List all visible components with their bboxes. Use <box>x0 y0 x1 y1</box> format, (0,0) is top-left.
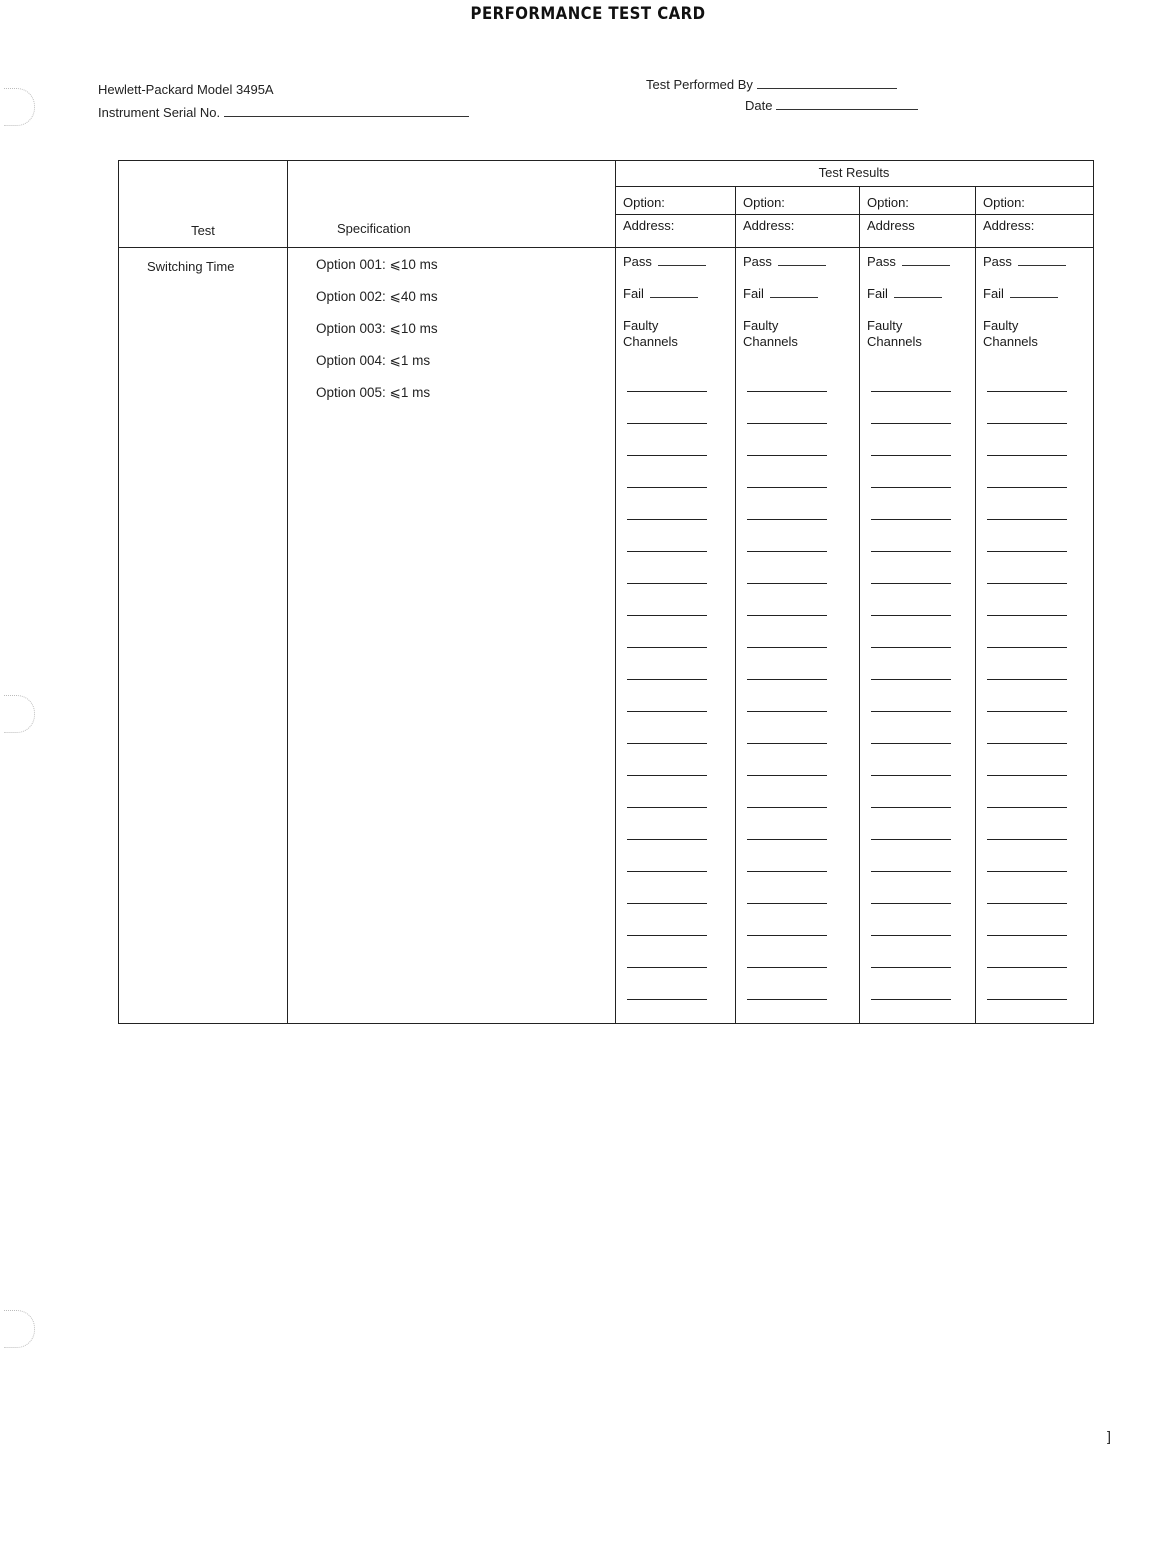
performed-by-input[interactable] <box>757 88 897 89</box>
spec-item: Option 002: ⩽40 ms <box>316 289 438 305</box>
faulty-channels-label-label: Faulty Channels <box>623 318 678 349</box>
pass-input[interactable] <box>778 265 826 266</box>
faulty-channel-input[interactable] <box>871 999 951 1000</box>
test-name: Switching Time <box>147 259 234 274</box>
faulty-channel-input[interactable] <box>871 519 951 520</box>
spec-item: Option 004: ⩽1 ms <box>316 353 430 369</box>
faulty-channel-input[interactable] <box>627 551 707 552</box>
faulty-channel-input[interactable] <box>871 583 951 584</box>
faulty-channel-input[interactable] <box>627 999 707 1000</box>
faulty-channel-input[interactable] <box>871 775 951 776</box>
address-field-label: Address: <box>623 218 674 233</box>
faulty-channel-input[interactable] <box>871 807 951 808</box>
faulty-channels-label-label: Faulty Channels <box>983 318 1038 349</box>
faulty-channel-input[interactable] <box>747 967 827 968</box>
faulty-channel-input[interactable] <box>747 583 827 584</box>
faulty-channel-input[interactable] <box>871 551 951 552</box>
faulty-channel-input[interactable] <box>871 679 951 680</box>
faulty-channel-input[interactable] <box>747 615 827 616</box>
faulty-channel-input[interactable] <box>627 391 707 392</box>
col-header-test: Test <box>119 223 287 238</box>
col-header-spec: Specification <box>337 221 411 236</box>
faulty-channel-input[interactable] <box>871 455 951 456</box>
faulty-channel-input[interactable] <box>987 551 1067 552</box>
result-column: Option:Address:PassFailFaulty Channels <box>975 161 1095 1023</box>
faulty-channel-input[interactable] <box>987 679 1067 680</box>
faulty-channel-input[interactable] <box>627 487 707 488</box>
faulty-channel-input[interactable] <box>987 455 1067 456</box>
faulty-channels-label: Faulty Channels <box>983 318 1053 350</box>
spec-item: Option 003: ⩽10 ms <box>316 321 438 337</box>
faulty-channel-input[interactable] <box>871 391 951 392</box>
faulty-channels-label: Faulty Channels <box>623 318 693 350</box>
faulty-channel-input[interactable] <box>627 839 707 840</box>
date-field[interactable]: Date <box>745 98 918 113</box>
faulty-channel-input[interactable] <box>747 903 827 904</box>
faulty-channel-input[interactable] <box>871 839 951 840</box>
faulty-channel-input[interactable] <box>747 679 827 680</box>
faulty-channel-input[interactable] <box>747 999 827 1000</box>
faulty-channel-input[interactable] <box>871 711 951 712</box>
fail-field-label: Fail <box>623 286 644 301</box>
faulty-channel-input[interactable] <box>987 743 1067 744</box>
fail-field[interactable]: Fail <box>983 286 1058 301</box>
faulty-channel-input[interactable] <box>871 871 951 872</box>
faulty-channel-input[interactable] <box>627 423 707 424</box>
faulty-channel-input[interactable] <box>747 807 827 808</box>
faulty-channel-input[interactable] <box>627 455 707 456</box>
fail-field[interactable]: Fail <box>867 286 942 301</box>
result-column: Option:AddressPassFailFaulty Channels <box>859 161 975 1023</box>
pass-input[interactable] <box>658 265 706 266</box>
faulty-channel-input[interactable] <box>987 583 1067 584</box>
faulty-channel-input[interactable] <box>987 615 1067 616</box>
faulty-channel-input[interactable] <box>987 839 1067 840</box>
faulty-channel-input[interactable] <box>747 487 827 488</box>
faulty-channel-input[interactable] <box>987 391 1067 392</box>
faulty-channel-input[interactable] <box>747 391 827 392</box>
option-field[interactable]: Option: <box>623 195 665 210</box>
fail-input[interactable] <box>650 297 698 298</box>
fail-input[interactable] <box>770 297 818 298</box>
punch-hole-middle <box>4 695 35 733</box>
serial-field[interactable]: Instrument Serial No. <box>98 105 469 120</box>
faulty-channel-input[interactable] <box>747 647 827 648</box>
faulty-channel-input[interactable] <box>987 935 1067 936</box>
faulty-channel-input[interactable] <box>627 583 707 584</box>
faulty-channel-input[interactable] <box>747 423 827 424</box>
faulty-channel-input[interactable] <box>747 711 827 712</box>
pass-field[interactable]: Pass <box>867 254 950 269</box>
faulty-channel-input[interactable] <box>627 967 707 968</box>
faulty-channels-label-label: Faulty Channels <box>867 318 922 349</box>
option-field-label: Option: <box>867 195 909 210</box>
page-mark: ] <box>1107 1428 1111 1444</box>
faulty-channel-input[interactable] <box>987 967 1067 968</box>
address-field[interactable]: Address: <box>983 218 1034 233</box>
address-field[interactable]: Address: <box>743 218 794 233</box>
fail-field-label: Fail <box>743 286 764 301</box>
faulty-channel-input[interactable] <box>871 423 951 424</box>
date-input[interactable] <box>776 109 918 110</box>
faulty-channel-input[interactable] <box>987 775 1067 776</box>
fail-field[interactable]: Fail <box>623 286 698 301</box>
faulty-channel-input[interactable] <box>747 743 827 744</box>
faulty-channel-input[interactable] <box>871 647 951 648</box>
faulty-channels-label: Faulty Channels <box>867 318 937 350</box>
faulty-channel-input[interactable] <box>627 519 707 520</box>
divider-test-spec <box>287 161 288 1023</box>
option-field[interactable]: Option: <box>983 195 1025 210</box>
result-column: Option:Address:PassFailFaulty Channels <box>735 161 859 1023</box>
result-column: Option:Address:PassFailFaulty Channels <box>615 161 735 1023</box>
punch-hole-top <box>4 88 35 126</box>
punch-hole-bottom <box>4 1310 35 1348</box>
faulty-channel-input[interactable] <box>987 487 1067 488</box>
faulty-channel-input[interactable] <box>987 871 1067 872</box>
option-field-label: Option: <box>743 195 785 210</box>
spec-item: Option 001: ⩽10 ms <box>316 257 438 273</box>
address-field[interactable]: Address: <box>623 218 674 233</box>
option-field-label: Option: <box>623 195 665 210</box>
faulty-channel-input[interactable] <box>987 999 1067 1000</box>
faulty-channel-input[interactable] <box>627 679 707 680</box>
faulty-channel-input[interactable] <box>871 967 951 968</box>
address-field-label: Address <box>867 218 915 233</box>
option-field[interactable]: Option: <box>867 195 909 210</box>
address-field-label: Address: <box>743 218 794 233</box>
pass-field-label: Pass <box>867 254 896 269</box>
faulty-channel-input[interactable] <box>747 871 827 872</box>
faulty-channel-input[interactable] <box>987 519 1067 520</box>
pass-field-label: Pass <box>623 254 652 269</box>
faulty-channel-input[interactable] <box>747 935 827 936</box>
faulty-channel-input[interactable] <box>871 615 951 616</box>
page-title: PERFORMANCE TEST CARD <box>71 4 1106 24</box>
pass-input[interactable] <box>1018 265 1066 266</box>
faulty-channel-input[interactable] <box>627 807 707 808</box>
faulty-channel-input[interactable] <box>627 615 707 616</box>
faulty-channel-input[interactable] <box>987 903 1067 904</box>
faulty-channel-input[interactable] <box>871 935 951 936</box>
faulty-channel-input[interactable] <box>627 775 707 776</box>
faulty-channel-input[interactable] <box>987 647 1067 648</box>
faulty-channel-input[interactable] <box>747 775 827 776</box>
fail-field-label: Fail <box>983 286 1004 301</box>
faulty-channel-input[interactable] <box>747 455 827 456</box>
fail-input[interactable] <box>894 297 942 298</box>
faulty-channel-input[interactable] <box>747 839 827 840</box>
faulty-channel-input[interactable] <box>627 903 707 904</box>
faulty-channel-input[interactable] <box>871 743 951 744</box>
faulty-channels-label-label: Faulty Channels <box>743 318 798 349</box>
faulty-channel-input[interactable] <box>987 423 1067 424</box>
faulty-channel-input[interactable] <box>627 711 707 712</box>
performed-by-label: Test Performed By <box>646 77 753 92</box>
faulty-channel-input[interactable] <box>747 551 827 552</box>
fail-input[interactable] <box>1010 297 1058 298</box>
faulty-channel-input[interactable] <box>871 487 951 488</box>
faulty-channel-input[interactable] <box>987 711 1067 712</box>
pass-field-label: Pass <box>743 254 772 269</box>
faulty-channel-input[interactable] <box>747 519 827 520</box>
address-field-label: Address: <box>983 218 1034 233</box>
option-field[interactable]: Option: <box>743 195 785 210</box>
faulty-channel-input[interactable] <box>627 935 707 936</box>
faulty-channel-input[interactable] <box>627 647 707 648</box>
faulty-channel-input[interactable] <box>627 743 707 744</box>
serial-label: Instrument Serial No. <box>98 105 220 120</box>
faulty-channel-input[interactable] <box>871 903 951 904</box>
pass-input[interactable] <box>902 265 950 266</box>
serial-input[interactable] <box>224 116 469 117</box>
option-field-label: Option: <box>983 195 1025 210</box>
date-label: Date <box>745 98 772 113</box>
model-label: Hewlett-Packard Model 3495A <box>98 82 274 97</box>
test-card-table: Test Specification Test Results Switchin… <box>118 160 1094 1024</box>
pass-field-label: Pass <box>983 254 1012 269</box>
pass-field[interactable]: Pass <box>623 254 706 269</box>
spec-item: Option 005: ⩽1 ms <box>316 385 430 401</box>
fail-field-label: Fail <box>867 286 888 301</box>
faulty-channel-input[interactable] <box>627 871 707 872</box>
performed-by-field[interactable]: Test Performed By <box>646 77 897 92</box>
pass-field[interactable]: Pass <box>983 254 1066 269</box>
faulty-channels-label: Faulty Channels <box>743 318 813 350</box>
fail-field[interactable]: Fail <box>743 286 818 301</box>
address-field[interactable]: Address <box>867 218 915 233</box>
faulty-channel-input[interactable] <box>987 807 1067 808</box>
pass-field[interactable]: Pass <box>743 254 826 269</box>
